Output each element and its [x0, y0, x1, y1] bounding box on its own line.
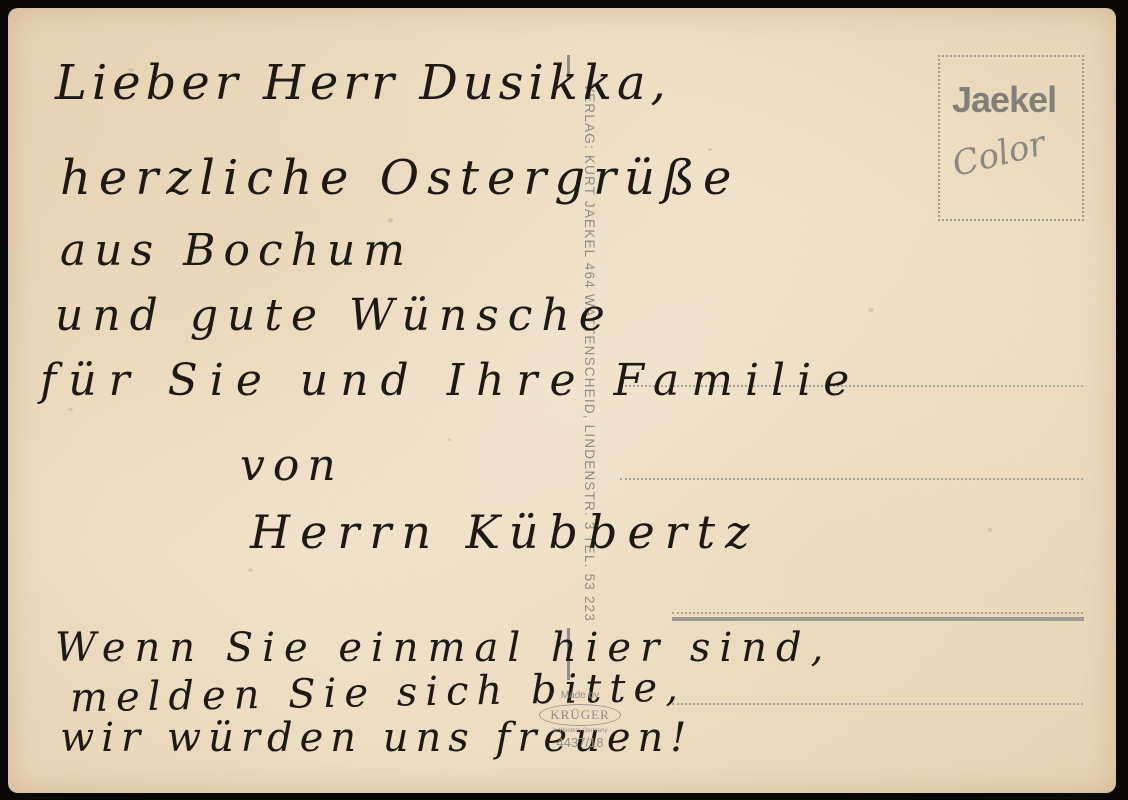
address-line-2: [620, 478, 1083, 480]
handwritten-line: aus Bochum: [60, 225, 413, 276]
paper-speckle: [868, 308, 874, 312]
paper-speckle: [68, 408, 73, 411]
handwritten-line: für Sie und Ihre Familie: [40, 355, 861, 406]
manufacturer-mark: Made by KRÜGER in Western Germany 4437/1…: [530, 690, 630, 750]
stamp-brand-logo: Jaekel: [952, 79, 1056, 121]
handwritten-line: von: [240, 440, 344, 491]
paper-speckle: [988, 528, 992, 532]
paper-speckle: [448, 438, 451, 441]
address-line-4: [672, 703, 1083, 705]
handwritten-line: Wenn Sie einmal hier sind,: [55, 625, 832, 671]
handwritten-line: Lieber Herr Dusikka,: [55, 55, 671, 111]
handwritten-line: und gute Wünsche: [55, 290, 614, 341]
paper-speckle: [388, 218, 393, 223]
kruger-logo: KRÜGER: [539, 704, 620, 726]
handwritten-line: herzliche Ostergrüße: [60, 150, 739, 206]
made-by-label: Made by: [530, 690, 630, 701]
origin-label: in Western Germany: [530, 728, 630, 734]
address-line-3: [672, 612, 1083, 614]
stamp-brand-sub: Color: [948, 123, 1049, 185]
paper-speckle: [248, 568, 253, 572]
handwritten-line: Herrn Kübbertz: [250, 505, 759, 559]
stamp-box: Jaekel Color: [938, 55, 1084, 221]
print-number: 4437/18: [530, 735, 630, 750]
address-line-solid: [672, 617, 1084, 621]
